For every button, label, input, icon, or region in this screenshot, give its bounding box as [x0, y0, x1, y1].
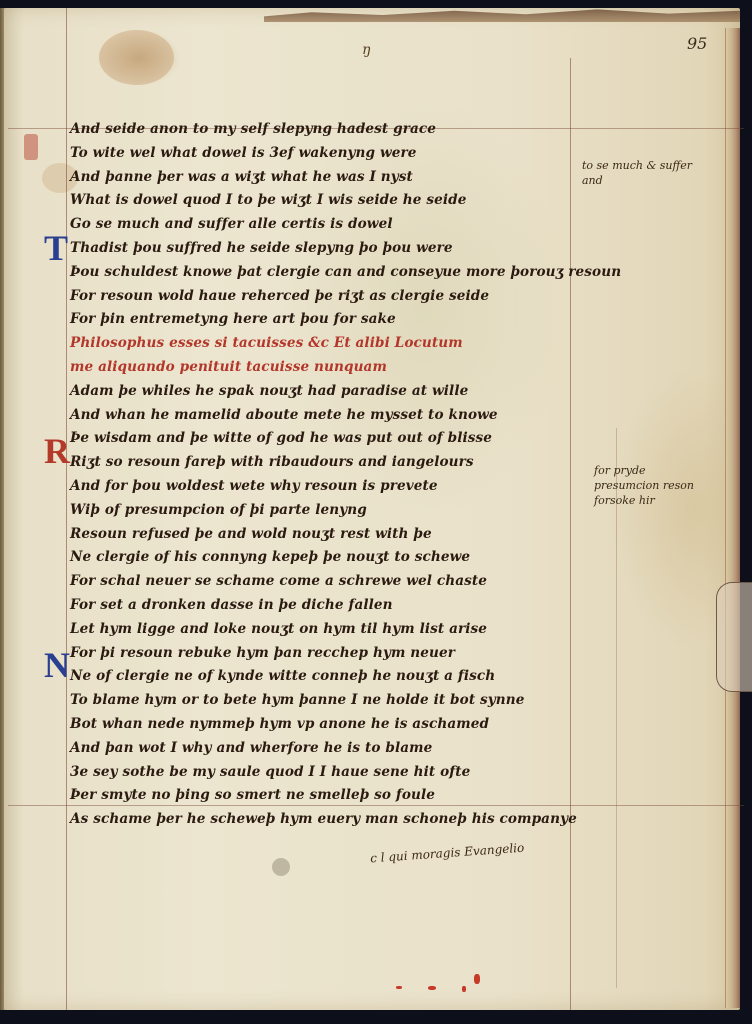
- text-line: And þan wot I why and wherfore he is to …: [70, 737, 690, 761]
- pen-trial-scribble: c l qui moragis Evangelio: [370, 841, 525, 866]
- text-line: 3e sey sothe be my saule quod I I haue s…: [70, 761, 690, 785]
- marginal-note-line: to se much & suffer: [582, 158, 692, 173]
- water-stain: [99, 30, 174, 85]
- text-line: What is dowel quod I to þe wiʒt I wis se…: [70, 189, 690, 213]
- text-line: For resoun wold haue reherced þe riʒt as…: [70, 285, 690, 309]
- red-ink-spot: [428, 986, 436, 990]
- text-line: And whan he mamelid aboute mete he mysse…: [70, 404, 690, 428]
- text-line: Þe wisdam and þe witte of god he was put…: [70, 427, 690, 451]
- text-line: And seide anon to my self slepyng hadest…: [70, 118, 690, 142]
- text-line: Þou schuldest knowe þat clergie can and …: [70, 261, 690, 285]
- text-line: Bot whan nede nymmeþ hym vp anone he is …: [70, 713, 690, 737]
- text-line: Ne clergie of his connyng kepeþ þe nouʒt…: [70, 546, 690, 570]
- marginal-note-line: for pryde: [594, 463, 694, 478]
- rubric-line: Philosophus esses si tacuisses &c Et ali…: [70, 332, 690, 356]
- manuscript-page: ŋ 95 T R N And seide anon to my self sle…: [4, 8, 740, 1010]
- red-initial-R: R: [44, 433, 70, 469]
- red-ink-spot: [396, 986, 402, 989]
- text-line: Ne of clergie ne of kynde witte conneþ h…: [70, 665, 690, 689]
- red-ink-spot: [474, 974, 480, 984]
- text-line: Adam þe whiles he spak nouʒt had paradis…: [70, 380, 690, 404]
- marginal-note-middle: for pryde presumcion reson forsoke hir: [594, 463, 694, 508]
- page-tab-marker[interactable]: [716, 582, 752, 692]
- marginal-note-line: forsoke hir: [594, 493, 694, 508]
- blue-initial-N: N: [44, 647, 70, 683]
- text-line: For þi resoun rebuke hym þan recchep hym…: [70, 642, 690, 666]
- text-line: Go se much and suffer alle certis is dow…: [70, 213, 690, 237]
- water-stain: [272, 858, 290, 876]
- text-line: Let hym ligge and loke nouʒt on hym til …: [70, 618, 690, 642]
- text-line: For schal neuer se schame come a schrewe…: [70, 570, 690, 594]
- red-paraph-mark: [24, 134, 38, 160]
- text-line: Resoun refused þe and wold nouʒt rest wi…: [70, 523, 690, 547]
- page-fore-edge: [725, 28, 740, 1008]
- text-line: Thadist þou suffred he seide slepyng þo …: [70, 237, 690, 261]
- ruling-left: [66, 8, 67, 1010]
- rubric-line: me aliquando penituit tacuisse nunquam: [70, 356, 690, 380]
- text-line: For set a dronken dasse in þe diche fall…: [70, 594, 690, 618]
- marginal-note-line: presumcion reson: [594, 478, 694, 493]
- folio-number: 95: [687, 34, 707, 53]
- red-ink-spot: [462, 986, 466, 992]
- text-line: Þer smyte no þing so smert ne smelleþ so…: [70, 784, 690, 808]
- marginal-note-line: and: [582, 173, 692, 188]
- torn-top-edge: [264, 8, 740, 22]
- quire-signature: ŋ: [362, 42, 371, 58]
- text-line: To blame hym or to bete hym þanne I ne h…: [70, 689, 690, 713]
- marginal-note-top: to se much & suffer and: [582, 158, 692, 188]
- text-line: As schame þer he scheweþ hym euery man s…: [70, 808, 690, 832]
- blue-initial-T: T: [44, 230, 68, 266]
- text-line: For þin entremetyng here art þou for sak…: [70, 308, 690, 332]
